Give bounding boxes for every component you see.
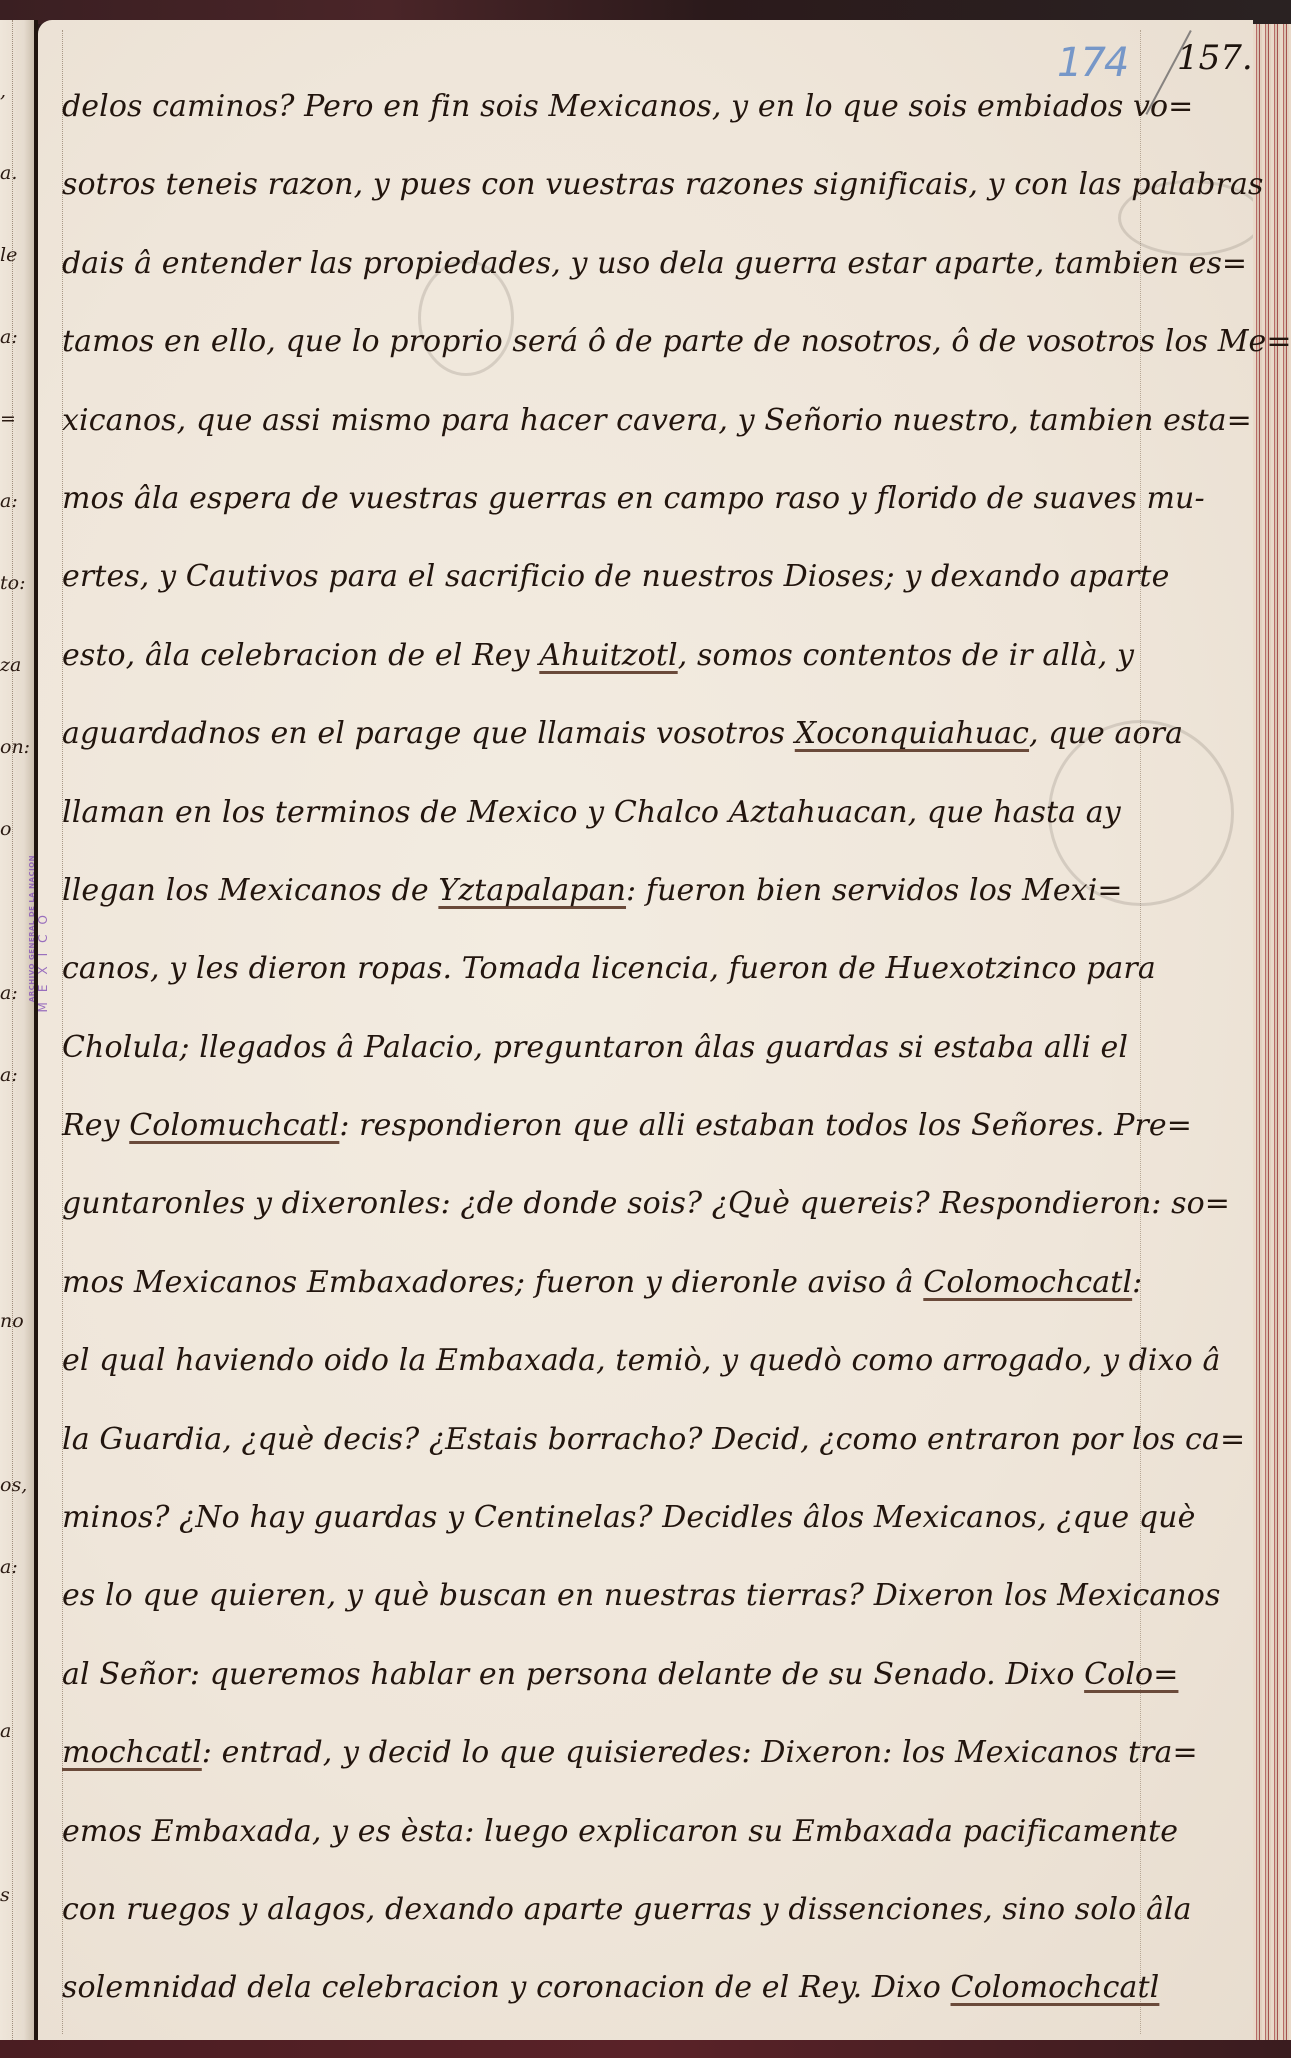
left-page-fragment: za — [0, 654, 34, 676]
left-page-fragment: to: — [0, 572, 34, 594]
text-line: la Guardia, ¿què decis? ¿Estais borracho… — [62, 1401, 1142, 1479]
left-page-fragment: , — [0, 80, 34, 102]
underlined-name: Yztapalapan — [438, 873, 626, 908]
left-page-fragment: = — [0, 408, 34, 430]
text-line: delos caminos? Pero en fin sois Mexicano… — [62, 68, 1142, 146]
text-line: emos Embaxada, y es èsta: luego explicar… — [62, 1793, 1142, 1871]
text-line: Rey Colomuchcatl: respondieron que alli … — [62, 1087, 1142, 1165]
book-binding-bottom — [0, 2040, 1291, 2058]
left-page-fragment: s — [0, 1884, 34, 1906]
text-line: Cholula; llegados â Palacio, preguntaron… — [62, 1009, 1142, 1087]
underlined-name: Colo= — [1084, 1657, 1178, 1692]
folio-number: 157. — [1177, 38, 1253, 78]
stamp-top-line: ARCHIVO GENERAL DE LA NACION — [28, 855, 36, 1002]
text-line: dais â entender las propiedades, y uso d… — [62, 225, 1142, 303]
text-line: tamos en ello, que lo proprio será ô de … — [62, 303, 1142, 381]
text-line: al Señor: queremos hablar en persona del… — [62, 1636, 1142, 1714]
text-line: minos? ¿No hay guardas y Centinelas? Dec… — [62, 1479, 1142, 1557]
text-line: solemnidad dela celebracion y coronacion… — [62, 1949, 1142, 2027]
text-line: llaman en los terminos de Mexico y Chalc… — [62, 774, 1142, 852]
left-page-fragment: a: — [0, 1064, 34, 1086]
left-page-fragment: le — [0, 244, 34, 266]
underlined-name: Colomuchcatl — [129, 1108, 339, 1143]
text-line: es lo que quieren, y què buscan en nuest… — [62, 1557, 1142, 1635]
text-line: con ruegos y alagos, dexando aparte guer… — [62, 1871, 1142, 1949]
text-line: canos, y les dieron ropas. Tomada licenc… — [62, 930, 1142, 1008]
underlined-name: Ahuitzotl — [539, 638, 677, 673]
left-page-fragment: a: — [0, 326, 34, 348]
text-line: xicanos, que assi mismo para hacer caver… — [62, 382, 1142, 460]
underlined-name: mochcatl — [62, 1735, 202, 1770]
left-page-fragment: a — [0, 1720, 34, 1742]
archive-stamp: ARCHIVO GENERAL DE LA NACION MEXICO — [26, 855, 46, 1040]
text-line: mochcatl: entrad, y decid lo que quisier… — [62, 1714, 1142, 1792]
text-line: esto, âla celebracion de el Rey Ahuitzot… — [62, 617, 1142, 695]
underlined-name: Colomochcatl — [951, 1970, 1160, 2005]
left-page-fragment: on: — [0, 736, 34, 758]
left-page-fragment: a: — [0, 1556, 34, 1578]
underlined-name: Colomochcatl — [923, 1265, 1132, 1300]
left-page-fragment: no — [0, 1310, 34, 1332]
left-page-fragment: a. — [0, 162, 34, 184]
text-line: llegan los Mexicanos de Yztapalapan: fue… — [62, 852, 1142, 930]
left-page-fragment: a: — [0, 490, 34, 512]
manuscript-text: delos caminos? Pero en fin sois Mexicano… — [62, 68, 1142, 2028]
text-line: ertes, y Cautivos para el sacrificio de … — [62, 538, 1142, 616]
text-line: aguardadnos en el parage que llamais vos… — [62, 695, 1142, 773]
left-page-fragment: os, — [0, 1474, 34, 1496]
text-line: mos Mexicanos Embaxadores; fueron y dier… — [62, 1244, 1142, 1322]
text-line: guntaronles y dixeronles: ¿de donde sois… — [62, 1165, 1142, 1243]
text-line: el qual haviendo oido la Embaxada, temiò… — [62, 1322, 1142, 1400]
text-line: sotros teneis razon, y pues con vuestras… — [62, 146, 1142, 224]
text-line: mos âla espera de vuestras guerras en ca… — [62, 460, 1142, 538]
stamp-bottom-line: MEXICO — [36, 905, 50, 1013]
left-page-fragment: o — [0, 818, 34, 840]
underlined-name: Xoconquiahuac — [795, 716, 1029, 751]
